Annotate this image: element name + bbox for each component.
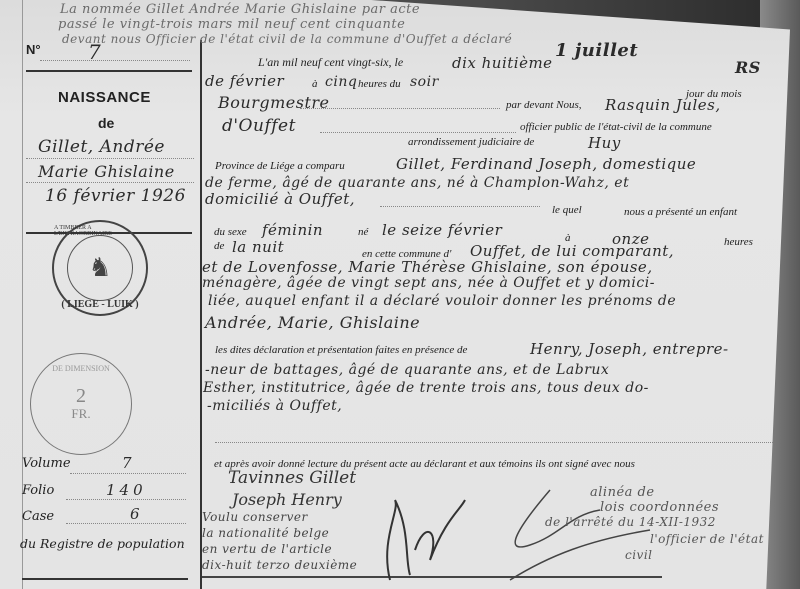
body-hand: de février: [205, 72, 284, 90]
margin-note-line: Voulu conserver: [202, 510, 308, 524]
folio-value: 140: [106, 481, 147, 499]
child-name-line-1: Gillet, Andrée: [38, 137, 165, 157]
margin-line: [22, 0, 23, 589]
registry-label: du Registre de population: [20, 536, 185, 551]
dotted-line: [320, 132, 516, 133]
dotted-line: [40, 60, 190, 61]
body-hand: -neur de battages, âgé de quarante ans, …: [205, 362, 609, 378]
annotation-line-2: passé le vingt-trois mars mil neuf cent …: [58, 17, 405, 32]
body-hand: cinq: [325, 74, 357, 90]
body-hand: le seize février: [382, 221, 502, 239]
body-hand: Bourgmestre: [218, 93, 329, 112]
right-note-line: civil: [625, 548, 653, 562]
body-print: heures: [724, 236, 753, 248]
body-print: heures du: [358, 78, 401, 90]
body-hand: -miciliés à Ouffet,: [207, 398, 342, 414]
body-hand: féminin: [262, 221, 323, 239]
tax-stamp-2fr: DE DIMENSION 2 FR.: [30, 353, 132, 455]
body-hand: et de Lovenfosse, Marie Thérèse Ghislain…: [202, 258, 653, 276]
body-hand: Huy: [588, 134, 621, 152]
dotted-line: [215, 442, 775, 443]
dotted-line: [26, 158, 194, 159]
right-note-line: de l'arrêté du 14-XII-1932: [545, 515, 716, 529]
body-print: officier public de l'état-civil de la co…: [520, 121, 712, 133]
lion-emblem-icon: ♞: [88, 255, 111, 281]
dotted-line: [380, 206, 540, 207]
child-name-line-2: Marie Ghislaine: [38, 162, 175, 181]
number-label: N°: [26, 42, 41, 57]
stamp-unit: FR.: [71, 406, 90, 422]
annotation-line-3: devant nous Officier de l'état civil de …: [62, 32, 512, 46]
body-print: le quel: [552, 204, 582, 216]
body-hand: soir: [410, 74, 439, 90]
right-note-line: l'officier de l'état: [650, 532, 764, 546]
stamp-value: 2: [76, 386, 86, 406]
dotted-line: [26, 182, 194, 183]
body-print: du sexe: [214, 226, 247, 238]
body-hand: Gillet, Ferdinand Joseph, domestique: [396, 155, 696, 173]
body-print: né: [358, 226, 368, 238]
body-print: L'an mil neuf cent vingt-six, le: [258, 55, 403, 70]
body-hand: Esther, institutrice, âgée de trente tro…: [203, 380, 649, 396]
right-note-line: alinéa de: [590, 485, 655, 500]
right-note-line: lois coordonnées: [600, 500, 719, 515]
dotted-line: [66, 523, 186, 524]
margin-note-line: la nationalité belge: [202, 526, 329, 540]
margin-date-note: 1 juillet: [555, 40, 638, 61]
body-hand: Rasquin Jules,: [605, 96, 721, 114]
body-hand: Andrée, Marie, Ghislaine: [205, 313, 420, 332]
dotted-line: [66, 499, 186, 500]
header-rule: [26, 70, 192, 72]
body-print: par devant Nous,: [506, 99, 581, 111]
body-hand: de ferme, âgé de quarante ans, né à Cham…: [205, 175, 629, 191]
case-label: Case: [22, 509, 54, 524]
body-hand: Henry, Joseph, entrepre-: [530, 340, 729, 358]
body-print: Province de Liége a comparu: [215, 160, 345, 172]
body-hand: la nuit: [232, 238, 284, 256]
body-hand: domicilié à Ouffet,: [205, 190, 355, 208]
margin-note-line: dix-huit terzo deuxième: [202, 558, 357, 572]
body-hand: ménagère, âgée de vingt sept ans, née à …: [202, 275, 655, 291]
section-subtitle: de: [98, 115, 114, 131]
body-print: arrondissement judiciaire de: [408, 136, 534, 148]
footer-rule: [22, 578, 188, 580]
body-print: nous a présenté un enfant: [624, 206, 737, 218]
margin-note-line: en vertu de l'article: [202, 542, 332, 556]
stamp-top-text: A TIMBRER A L'EXTRAORDINAIRE: [54, 225, 146, 237]
section-title: NAISSANCE: [58, 89, 151, 106]
case-value: 6: [130, 505, 140, 523]
column-divider: [200, 40, 202, 589]
body-hand: dix huitième: [452, 54, 553, 72]
volume-value: 7: [122, 454, 132, 472]
body-hand: liée, auquel enfant il a déclaré vouloir…: [208, 293, 676, 309]
volume-label: Volume: [22, 456, 71, 471]
annotation-line-1: La nommée Gillet Andrée Marie Ghislaine …: [60, 2, 420, 17]
dotted-line: [70, 473, 186, 474]
body-print: à: [312, 78, 318, 90]
birth-date: 16 février 1926: [45, 186, 186, 206]
body-hand: d'Ouffet: [222, 116, 296, 136]
tax-stamp-liege: ♞ A TIMBRER A L'EXTRAORDINAIRE ( LIEGE -…: [52, 220, 148, 316]
certificate-page: La nommée Gillet Andrée Marie Ghislaine …: [0, 0, 790, 589]
dotted-line: [300, 108, 500, 109]
body-print: de: [214, 240, 224, 252]
signature-declarant: Tavinnes Gillet: [228, 468, 356, 488]
initials: RS: [735, 58, 761, 77]
folio-label: Folio: [22, 483, 54, 498]
stamp-bottom-text: ( LIEGE - LUIK ): [61, 299, 138, 310]
stamp-top-text: DE DIMENSION: [52, 364, 110, 373]
officer-signature-scrawl: [370, 490, 490, 589]
body-print: les dites déclaration et présentation fa…: [215, 344, 467, 356]
signature-witness: Joseph Henry: [232, 490, 342, 509]
